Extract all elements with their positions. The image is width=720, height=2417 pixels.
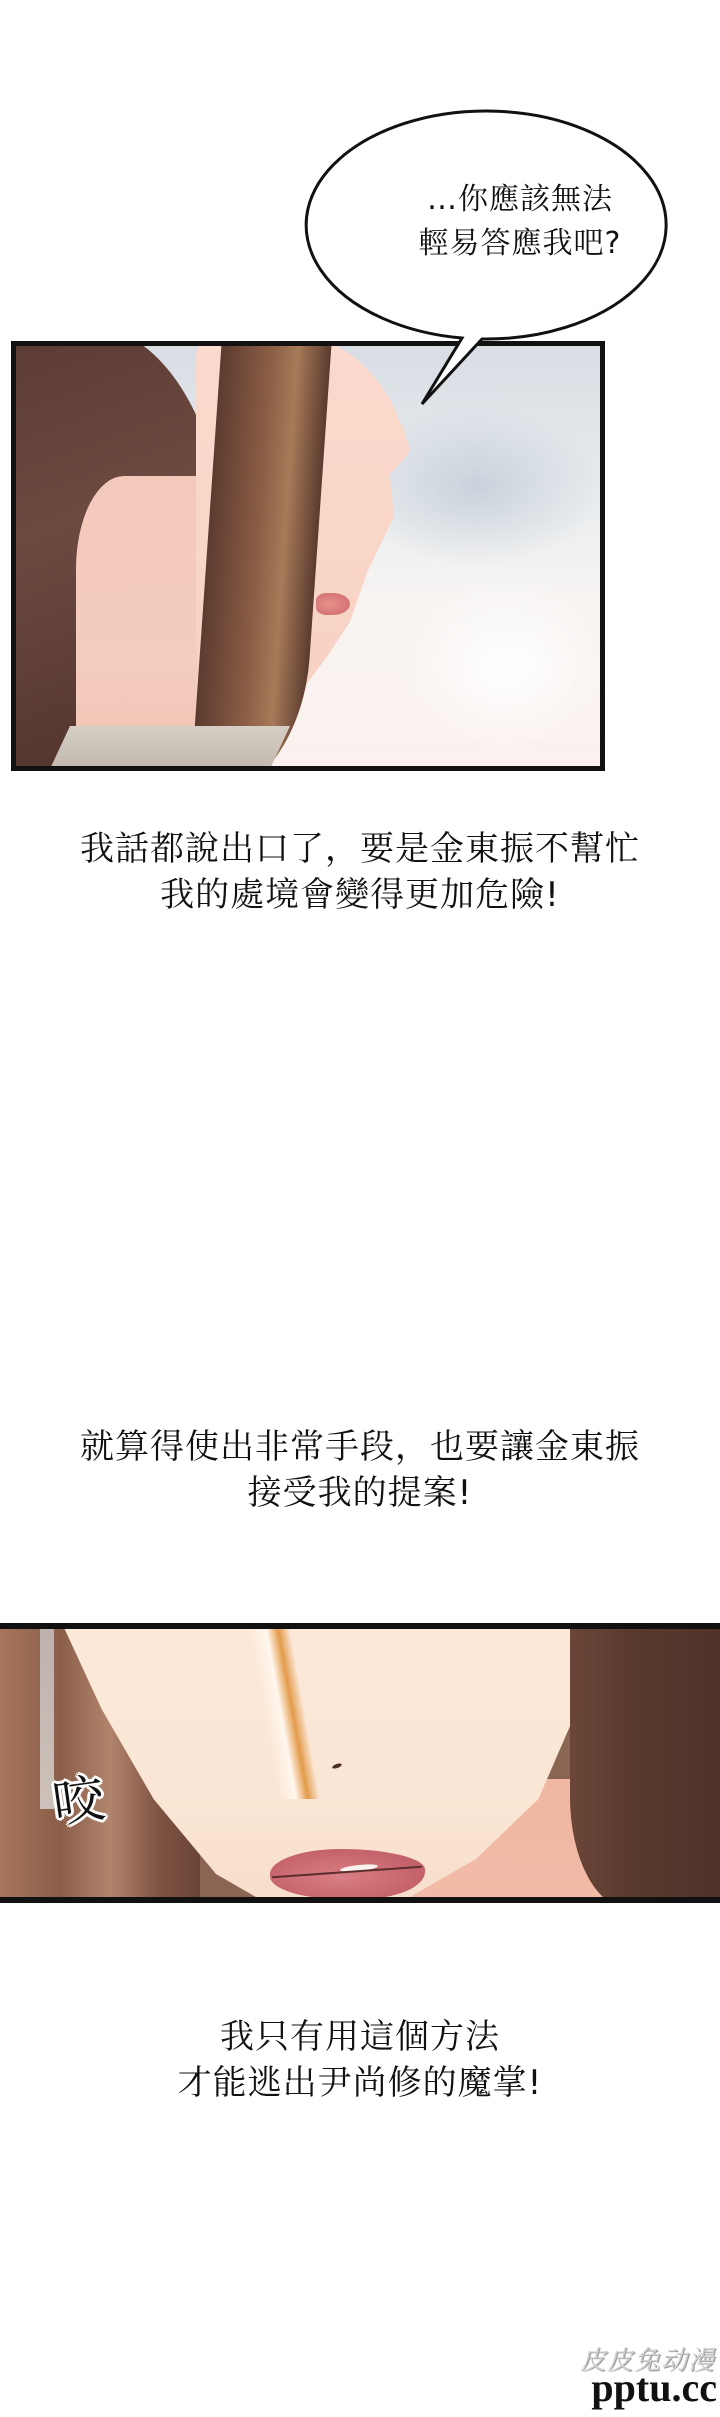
narration-1: 我話都說出口了，要是金東振不幫忙 我的處境會變得更加危險! — [0, 826, 720, 918]
narration-2: 就算得使出非常手段，也要讓金東振 接受我的提案! — [0, 1424, 720, 1516]
watermark-url: pptu.cc — [505, 2366, 717, 2410]
narration-3-line-2: 才能逃出尹尚修的魔掌! — [0, 2060, 720, 2106]
speech-bubble-line-1: …你應該無法 — [350, 178, 690, 222]
comic-panel-2: 咬 — [0, 1623, 720, 1903]
character-collar — [42, 726, 290, 771]
background-highlight — [396, 576, 605, 756]
narration-3: 我只有用這個方法 才能逃出尹尚修的魔掌! — [0, 2014, 720, 2106]
narration-2-line-2: 接受我的提案! — [0, 1470, 720, 1516]
character-lips — [316, 593, 350, 615]
speech-bubble-line-2: 輕易答應我吧? — [350, 222, 690, 266]
narration-1-line-1: 我話都說出口了，要是金東振不幫忙 — [0, 826, 720, 872]
narration-1-line-2: 我的處境會變得更加危險! — [0, 872, 720, 918]
character-hair-right — [570, 1629, 720, 1903]
narration-2-line-1: 就算得使出非常手段，也要讓金東振 — [0, 1424, 720, 1470]
sound-effect-bite: 咬 — [47, 1756, 109, 1838]
speech-bubble: …你應該無法 輕易答應我吧? — [350, 178, 690, 266]
comic-panel-1 — [11, 341, 605, 771]
narration-3-line-1: 我只有用這個方法 — [0, 2014, 720, 2060]
